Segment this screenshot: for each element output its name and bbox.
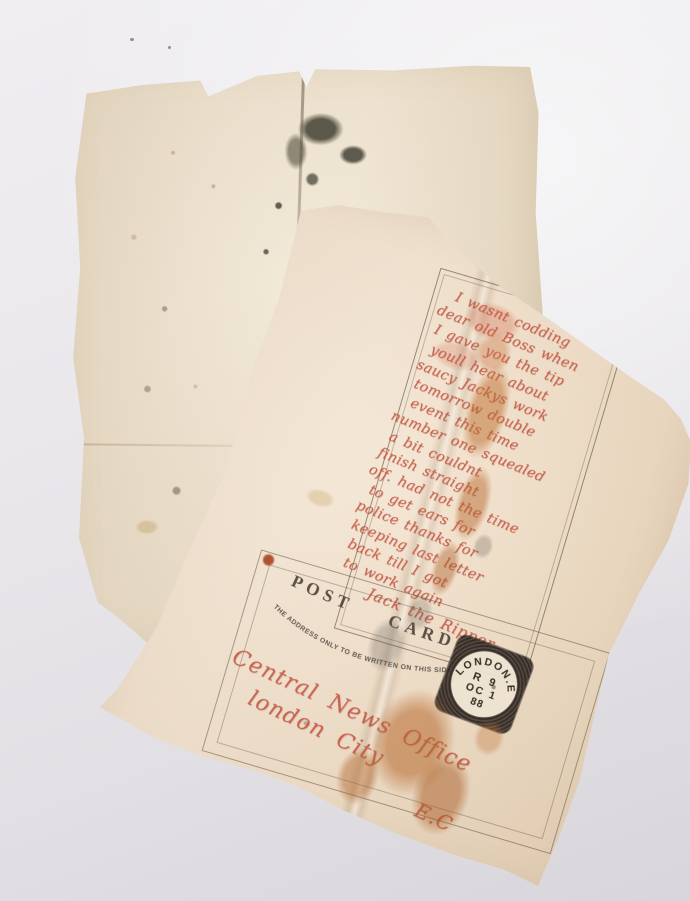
- debris-speck: [130, 38, 134, 41]
- photograph: I wasnt codding dear old Boss when I gav…: [0, 0, 690, 901]
- debris-speck: [168, 46, 171, 49]
